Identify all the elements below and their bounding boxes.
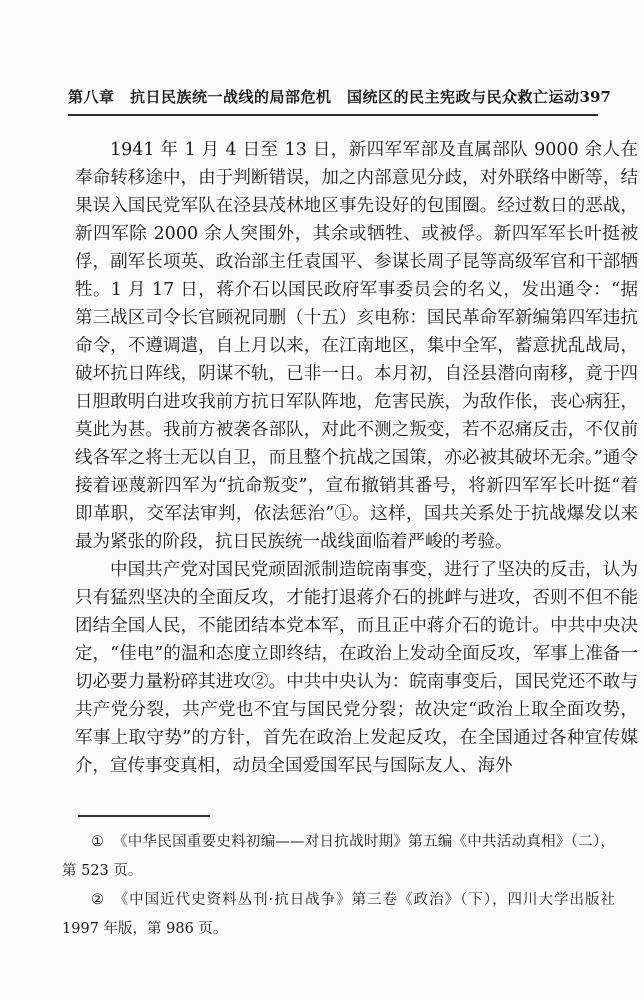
book-page: 第八章 抗日民族统一战线的局部危机 国统区的民主宪政与民众救亡运动 397 19… [0,0,644,1000]
footnote-marker-1: ① [91,834,104,850]
chapter-title: 第八章 抗日民族统一战线的局部危机 国统区的民主宪政与民众救亡运动 [68,86,580,107]
running-header: 第八章 抗日民族统一战线的局部危机 国统区的民主宪政与民众救亡运动 397 [68,86,598,107]
page-number: 397 [580,88,611,106]
footnote-text-2: 《中国近代史资料丛刊·抗日战争》第三卷《政治》（下），四川大学出版社 1997 … [62,892,615,937]
body-paragraph-1: 1941 年 1 月 4 日至 13 日，新四军军部及直属部队 9000 余人在… [75,136,638,556]
footnote-text-1: 《中华民国重要史料初编——对日抗战时期》第五编《中共活动真相》（二），第 523… [62,834,615,879]
footnote-separator-divider [78,815,210,817]
footnote-item: ②《中国近代史资料丛刊·抗日战争》第三卷《政治》（下），四川大学出版社 1997… [62,886,615,944]
body-text: 1941 年 1 月 4 日至 13 日，新四军军部及直属部队 9000 余人在… [75,136,638,780]
body-paragraph-2: 中国共产党对国民党顽固派制造皖南事变，进行了坚决的反击，认为只有猛烈坚决的全面反… [75,556,638,780]
footnote-marker-2: ② [91,892,105,908]
header-rule-divider [68,114,598,116]
footnote-item: ①《中华民国重要史料初编——对日抗战时期》第五编《中共活动真相》（二），第 52… [62,828,615,886]
footnotes: ①《中华民国重要史料初编——对日抗战时期》第五编《中共活动真相》（二），第 52… [62,828,615,944]
